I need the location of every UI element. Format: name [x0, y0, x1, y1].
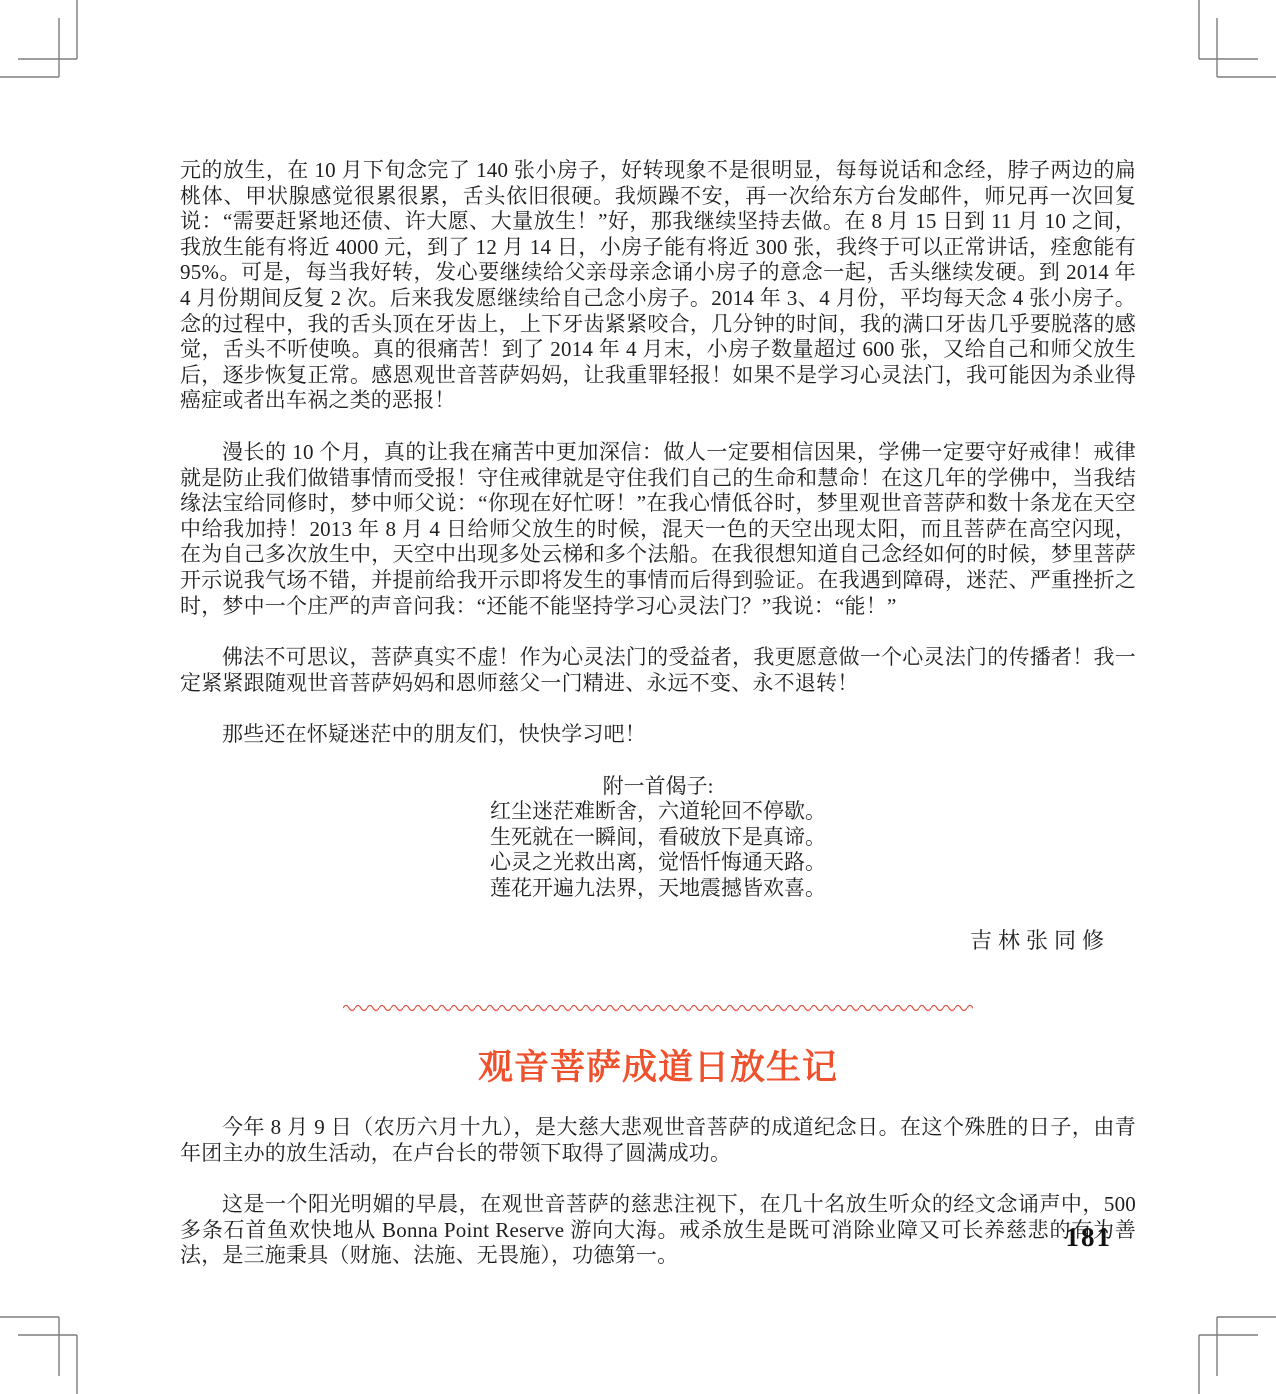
- article2-paragraph: 这是一个阳光明媚的早晨，在观世音菩萨的慈悲注视下，在几十名放生听众的经文念诵声中…: [180, 1192, 1136, 1269]
- verse-intro: 附一首偈子:: [180, 774, 1136, 799]
- article1-paragraph: 佛法不可思议，菩萨真实不虚！作为心灵法门的受益者，我更愿意做一个心灵法门的传播者…: [180, 645, 1136, 696]
- author-signature: 吉林张同修: [180, 924, 1136, 955]
- crop-mark-top-right: [1186, 0, 1276, 90]
- page-content: 元的放生，在 10 月下旬念完了 140 张小房子，好转现象不是很明显，每每说话…: [180, 158, 1136, 1269]
- crop-mark-bottom-left: [0, 1304, 90, 1394]
- verse-line: 生死就在一瞬间，看破放下是真谛。: [180, 825, 1136, 850]
- verse-block: 附一首偈子: 红尘迷茫难断舍，六道轮回不停歇。 生死就在一瞬间，看破放下是真谛。…: [180, 774, 1136, 901]
- crop-mark-top-left: [0, 0, 90, 90]
- verse-line: 红尘迷茫难断舍，六道轮回不停歇。: [180, 799, 1136, 824]
- wavy-divider: [180, 1001, 1136, 1013]
- article2-paragraph: 今年 8 月 9 日（农历六月十九），是大慈大悲观世音菩萨的成道纪念日。在这个殊…: [180, 1115, 1136, 1166]
- wavy-line-icon: [343, 1001, 973, 1013]
- article-title: 观音菩萨成道日放生记: [180, 1047, 1136, 1089]
- crop-mark-bottom-right: [1186, 1304, 1276, 1394]
- article1-paragraph-continuation: 元的放生，在 10 月下旬念完了 140 张小房子，好转现象不是很明显，每每说话…: [180, 158, 1136, 414]
- book-page: 元的放生，在 10 月下旬念完了 140 张小房子，好转现象不是很明显，每每说话…: [0, 0, 1276, 1394]
- article1-paragraph: 漫长的 10 个月，真的让我在痛苦中更加深信：做人一定要相信因果，学佛一定要守好…: [180, 440, 1136, 619]
- article1-paragraph: 那些还在怀疑迷茫中的朋友们，快快学习吧！: [180, 722, 1136, 748]
- verse-line: 心灵之光救出离，觉悟忏悔通天路。: [180, 850, 1136, 875]
- verse-line: 莲花开遍九法界，天地震撼皆欢喜。: [180, 876, 1136, 901]
- page-number: 181: [1066, 1222, 1113, 1253]
